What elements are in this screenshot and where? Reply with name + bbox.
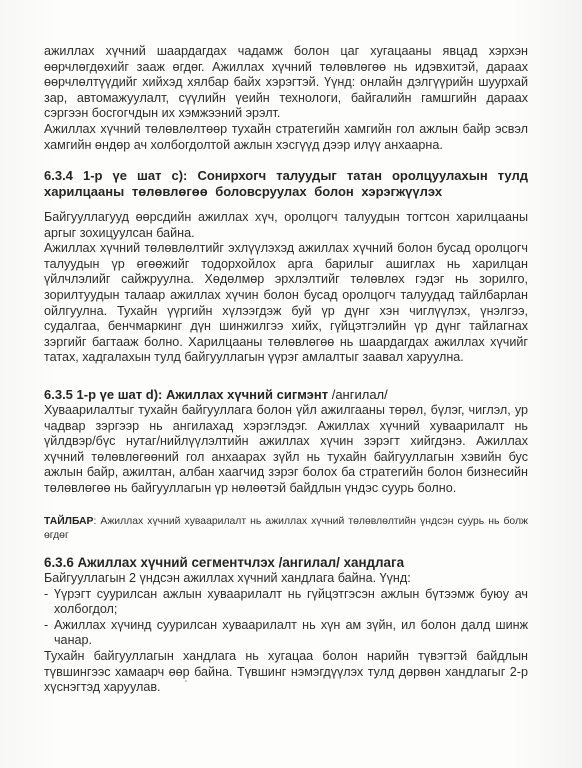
bullet-item: Ажиллах хүчинд суурилсан хуваарилалт нь … (44, 618, 528, 649)
scan-speck (185, 680, 187, 682)
section-heading-text: 6.3.5 1-р үе шат d): Ажиллах хүчний сигм… (44, 387, 328, 402)
section-heading: 6.3.5 1-р үе шат d): Ажиллах хүчний сигм… (44, 387, 528, 403)
paragraph: Ажиллах хүчний төлөвлөлтөөр тухайн страт… (44, 122, 528, 153)
section-6-3-5: 6.3.5 1-р үе шат d): Ажиллах хүчний сигм… (44, 387, 528, 497)
section-6-3-6: 6.3.6 Ажиллах хүчний сегментчлэх /ангила… (44, 555, 528, 696)
section-6-3-4: 6.3.4 1-р үе шат с): Сонирхогч талуудыг … (44, 168, 528, 200)
paragraph: Ажиллах хүчний төлөвлөлтийг эхлүүлэхэд а… (44, 241, 528, 366)
paragraph: Байгууллагууд өөрсдийн ажиллах хүч, орол… (44, 210, 528, 241)
document-page: ажиллах хүчний шаардагдах чадамж болон ц… (0, 0, 582, 768)
paragraph: Байгууллагын 2 үндсэн ажиллах хүчний хан… (44, 571, 528, 587)
bullet-item: Үүрэгт суурилсан ажлын хуваарилалт нь гү… (44, 587, 528, 618)
paragraph: Тухайн байгууллагын хандлага нь хугацаа … (44, 649, 528, 696)
section-heading: 6.3.4 1-р үе шат с): Сонирхогч талуудыг … (44, 168, 528, 200)
note-label: ТАЙЛБАР (44, 516, 93, 527)
section-6-3-4-body: Байгууллагууд өөрсдийн ажиллах хүч, орол… (44, 210, 528, 366)
note-text: : Ажиллах хүчний хуваарилалт нь ажиллах … (44, 516, 528, 541)
note-block: ТАЙЛБАР: Ажиллах хүчний хуваарилалт нь а… (44, 515, 528, 542)
intro-continuation: ажиллах хүчний шаардагдах чадамж болон ц… (44, 44, 528, 153)
paragraph: Хуваарилалтыг тухайн байгууллага болон ү… (44, 403, 528, 497)
section-heading-suffix: /ангилал/ (332, 387, 388, 402)
paragraph: ажиллах хүчний шаардагдах чадамж болон ц… (44, 44, 528, 122)
note: ТАЙЛБАР: Ажиллах хүчний хуваарилалт нь а… (44, 515, 528, 542)
bullet-list: Үүрэгт суурилсан ажлын хуваарилалт нь гү… (44, 587, 528, 649)
section-heading: 6.3.6 Ажиллах хүчний сегментчлэх /ангила… (44, 555, 528, 571)
